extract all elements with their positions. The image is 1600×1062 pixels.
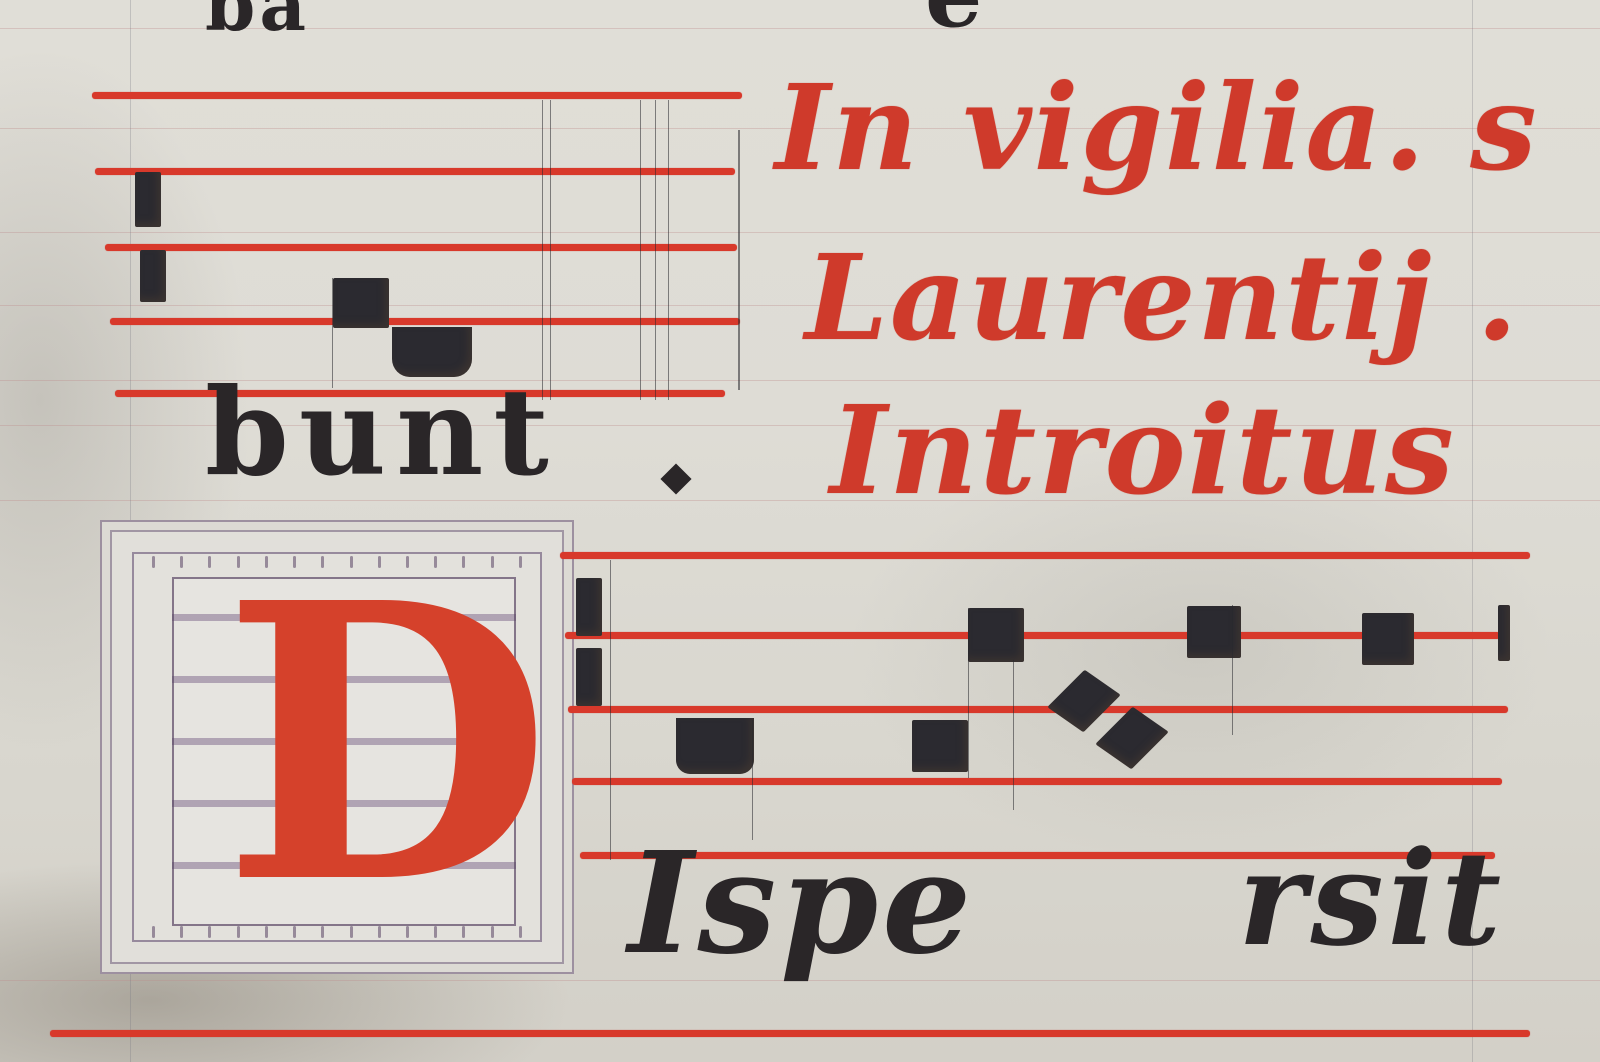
top-fragment-left: ba — [205, 0, 310, 47]
staff-line — [565, 632, 1500, 639]
clef-mark — [576, 648, 602, 706]
note-stem — [1013, 660, 1014, 810]
neume-square — [333, 278, 389, 328]
bar-line — [668, 100, 669, 400]
bar-line — [640, 100, 641, 400]
note-stem — [610, 560, 611, 860]
neume-square — [1362, 613, 1414, 665]
staff-line — [560, 552, 1530, 559]
bar-line — [550, 100, 551, 400]
bottom-staff-line — [50, 1030, 1530, 1037]
clef-mark — [140, 250, 166, 302]
top-fragment-right: e — [925, 0, 986, 48]
staff-line — [110, 318, 740, 325]
illuminated-initial-frame: D — [100, 520, 574, 974]
lyric-rsit: rsit — [1238, 822, 1505, 975]
initial-letter: D — [222, 574, 522, 924]
neume-square — [676, 718, 754, 774]
note-stem — [1232, 605, 1233, 735]
neume-square — [968, 608, 1024, 662]
rubric-line-3: Introitus — [830, 378, 1456, 522]
bar-line — [655, 100, 656, 400]
staff-line — [105, 244, 737, 251]
staff-line — [95, 168, 735, 175]
neume-square — [912, 720, 968, 772]
neume-square — [1498, 605, 1510, 661]
staff-line — [572, 778, 1502, 785]
bar-line — [738, 130, 740, 390]
note-stem — [968, 608, 969, 778]
rubric-line-2: Laurentij . — [805, 228, 1519, 367]
lyric-ispe: Ispe — [628, 822, 975, 986]
bar-line — [542, 100, 543, 400]
clef-mark — [135, 172, 161, 227]
lyric-bunt: bunt — [205, 362, 559, 503]
rubric-line-1: In vigilia. s — [775, 58, 1539, 197]
clef-mark — [576, 578, 602, 636]
staff-line — [568, 706, 1508, 713]
staff-line — [92, 92, 742, 99]
